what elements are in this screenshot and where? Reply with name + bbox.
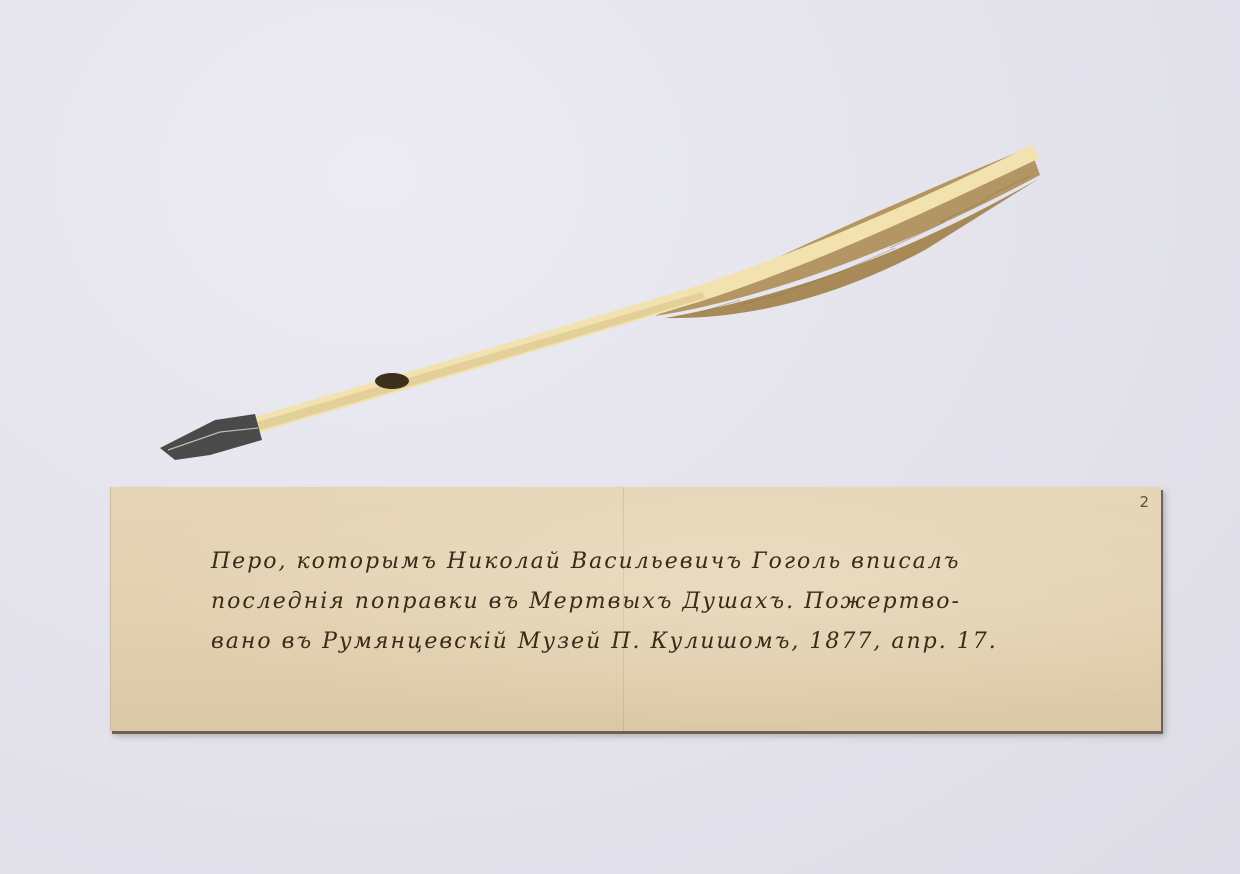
- label-line-1: Перо, которымъ Николай Васильевичъ Гогол…: [211, 542, 1111, 582]
- ink-spot: [375, 373, 409, 389]
- label-corner-number: 2: [1139, 493, 1149, 511]
- quill-pen: [0, 0, 1240, 874]
- quill-nib: [160, 414, 262, 460]
- handwritten-label: 2 Перо, которымъ Николай Васильевичъ Гог…: [110, 487, 1161, 731]
- label-line-2: последнія поправки въ Мертвыхъ Душахъ. П…: [211, 582, 1111, 622]
- label-handwriting: Перо, которымъ Николай Васильевичъ Гогол…: [211, 542, 1111, 662]
- label-line-3: вано въ Румянцевскій Музей П. Кулишомъ, …: [211, 622, 1111, 662]
